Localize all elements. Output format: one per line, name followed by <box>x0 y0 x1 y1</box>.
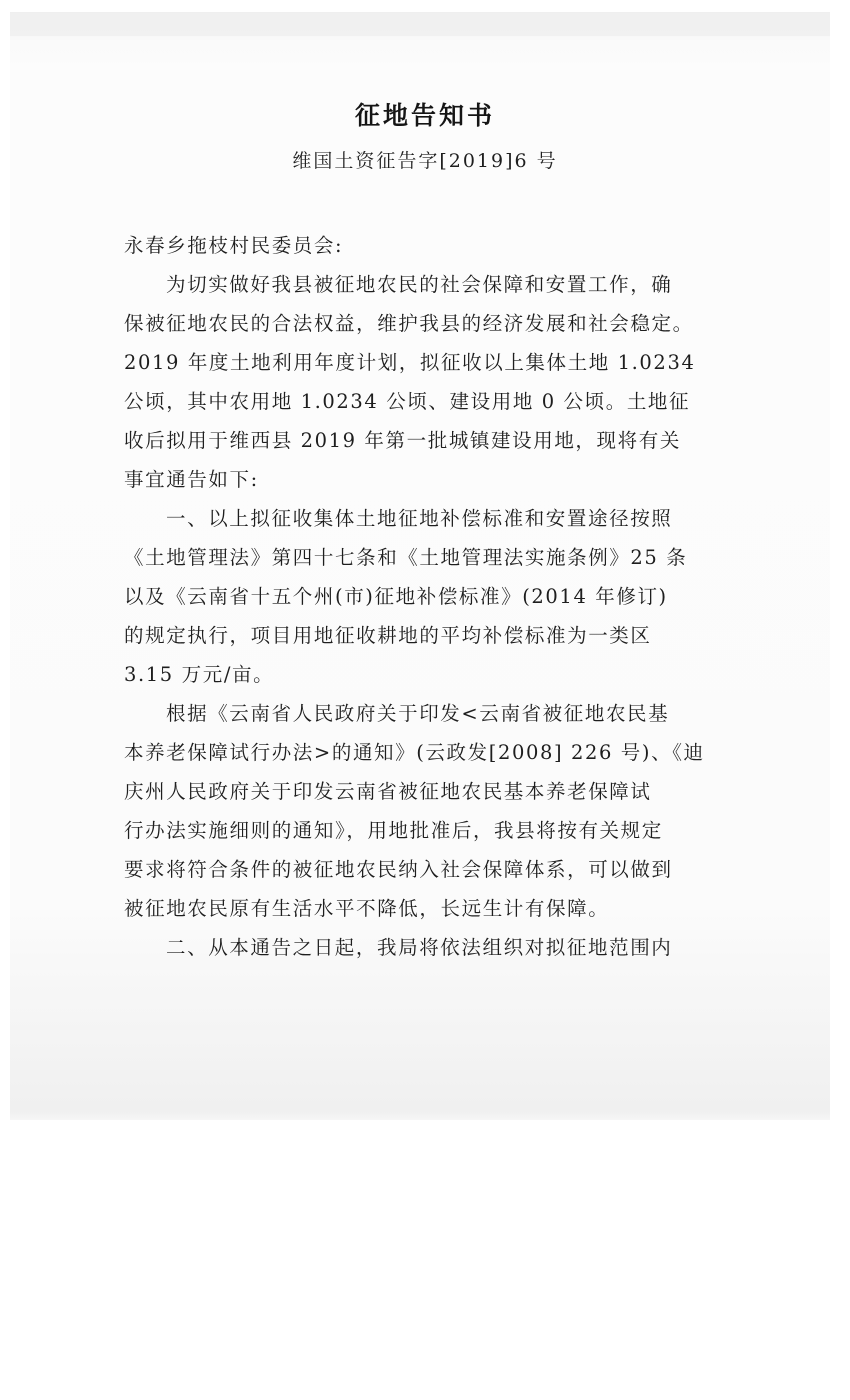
paragraph-line: 要求将符合条件的被征地农民纳入社会保障体系，可以做到 <box>124 850 744 889</box>
scan-edge-shadow <box>10 12 830 36</box>
paragraph-line: 3.15 万元/亩。 <box>124 655 744 694</box>
paragraph-line: 收后拟用于维西县 2019 年第一批城镇建设用地，现将有关 <box>124 421 744 460</box>
paragraph-intro: 为切实做好我县被征地农民的社会保障和安置工作，确 保被征地农民的合法权益，维护我… <box>124 265 744 499</box>
paragraph-line: 行办法实施细则的通知》，用地批准后，我县将按有关规定 <box>124 811 744 850</box>
document-number: 维国土资征告字[2019]6 号 <box>0 146 850 173</box>
addressee: 永春乡拖枝村民委员会: <box>124 226 744 265</box>
paragraph-line: 根据《云南省人民政府关于印发<云南省被征地农民基 <box>124 694 744 733</box>
paragraph-line: 庆州人民政府关于印发云南省被征地农民基本养老保障试 <box>124 772 744 811</box>
paragraph-line: 被征地农民原有生活水平不降低，长远生计有保障。 <box>124 889 744 928</box>
document-body: 永春乡拖枝村民委员会: 为切实做好我县被征地农民的社会保障和安置工作，确 保被征… <box>124 226 744 967</box>
document-title: 征地告知书 <box>0 96 850 132</box>
paragraph-line: 保被征地农民的合法权益，维护我县的经济发展和社会稳定。 <box>124 304 744 343</box>
paragraph-line: 的规定执行，项目用地征收耕地的平均补偿标准为一类区 <box>124 616 744 655</box>
paragraph-line: 2019 年度土地利用年度计划，拟征收以上集体土地 1.0234 <box>124 343 744 382</box>
paragraph-line: 本养老保障试行办法>的通知》(云政发[2008] 226 号)、《迪 <box>124 733 744 772</box>
paragraph-line: 为切实做好我县被征地农民的社会保障和安置工作，确 <box>124 265 744 304</box>
paragraph-line: 公顷，其中农用地 1.0234 公顷、建设用地 0 公顷。土地征 <box>124 382 744 421</box>
paragraph-line: 一、以上拟征收集体土地征地补偿标准和安置途径按照 <box>124 499 744 538</box>
paragraph-item-two: 二、从本通告之日起，我局将依法组织对拟征地范围内 <box>124 928 744 967</box>
paragraph-social-security: 根据《云南省人民政府关于印发<云南省被征地农民基 本养老保障试行办法>的通知》(… <box>124 694 744 928</box>
paragraph-line: 二、从本通告之日起，我局将依法组织对拟征地范围内 <box>124 928 744 967</box>
paragraph-line: 以及《云南省十五个州(市)征地补偿标准》(2014 年修订) <box>124 577 744 616</box>
paragraph-line: 事宜通告如下: <box>124 460 744 499</box>
paragraph-line: 《土地管理法》第四十七条和《土地管理法实施条例》25 条 <box>124 538 744 577</box>
paragraph-item-one: 一、以上拟征收集体土地征地补偿标准和安置途径按照 《土地管理法》第四十七条和《土… <box>124 499 744 694</box>
